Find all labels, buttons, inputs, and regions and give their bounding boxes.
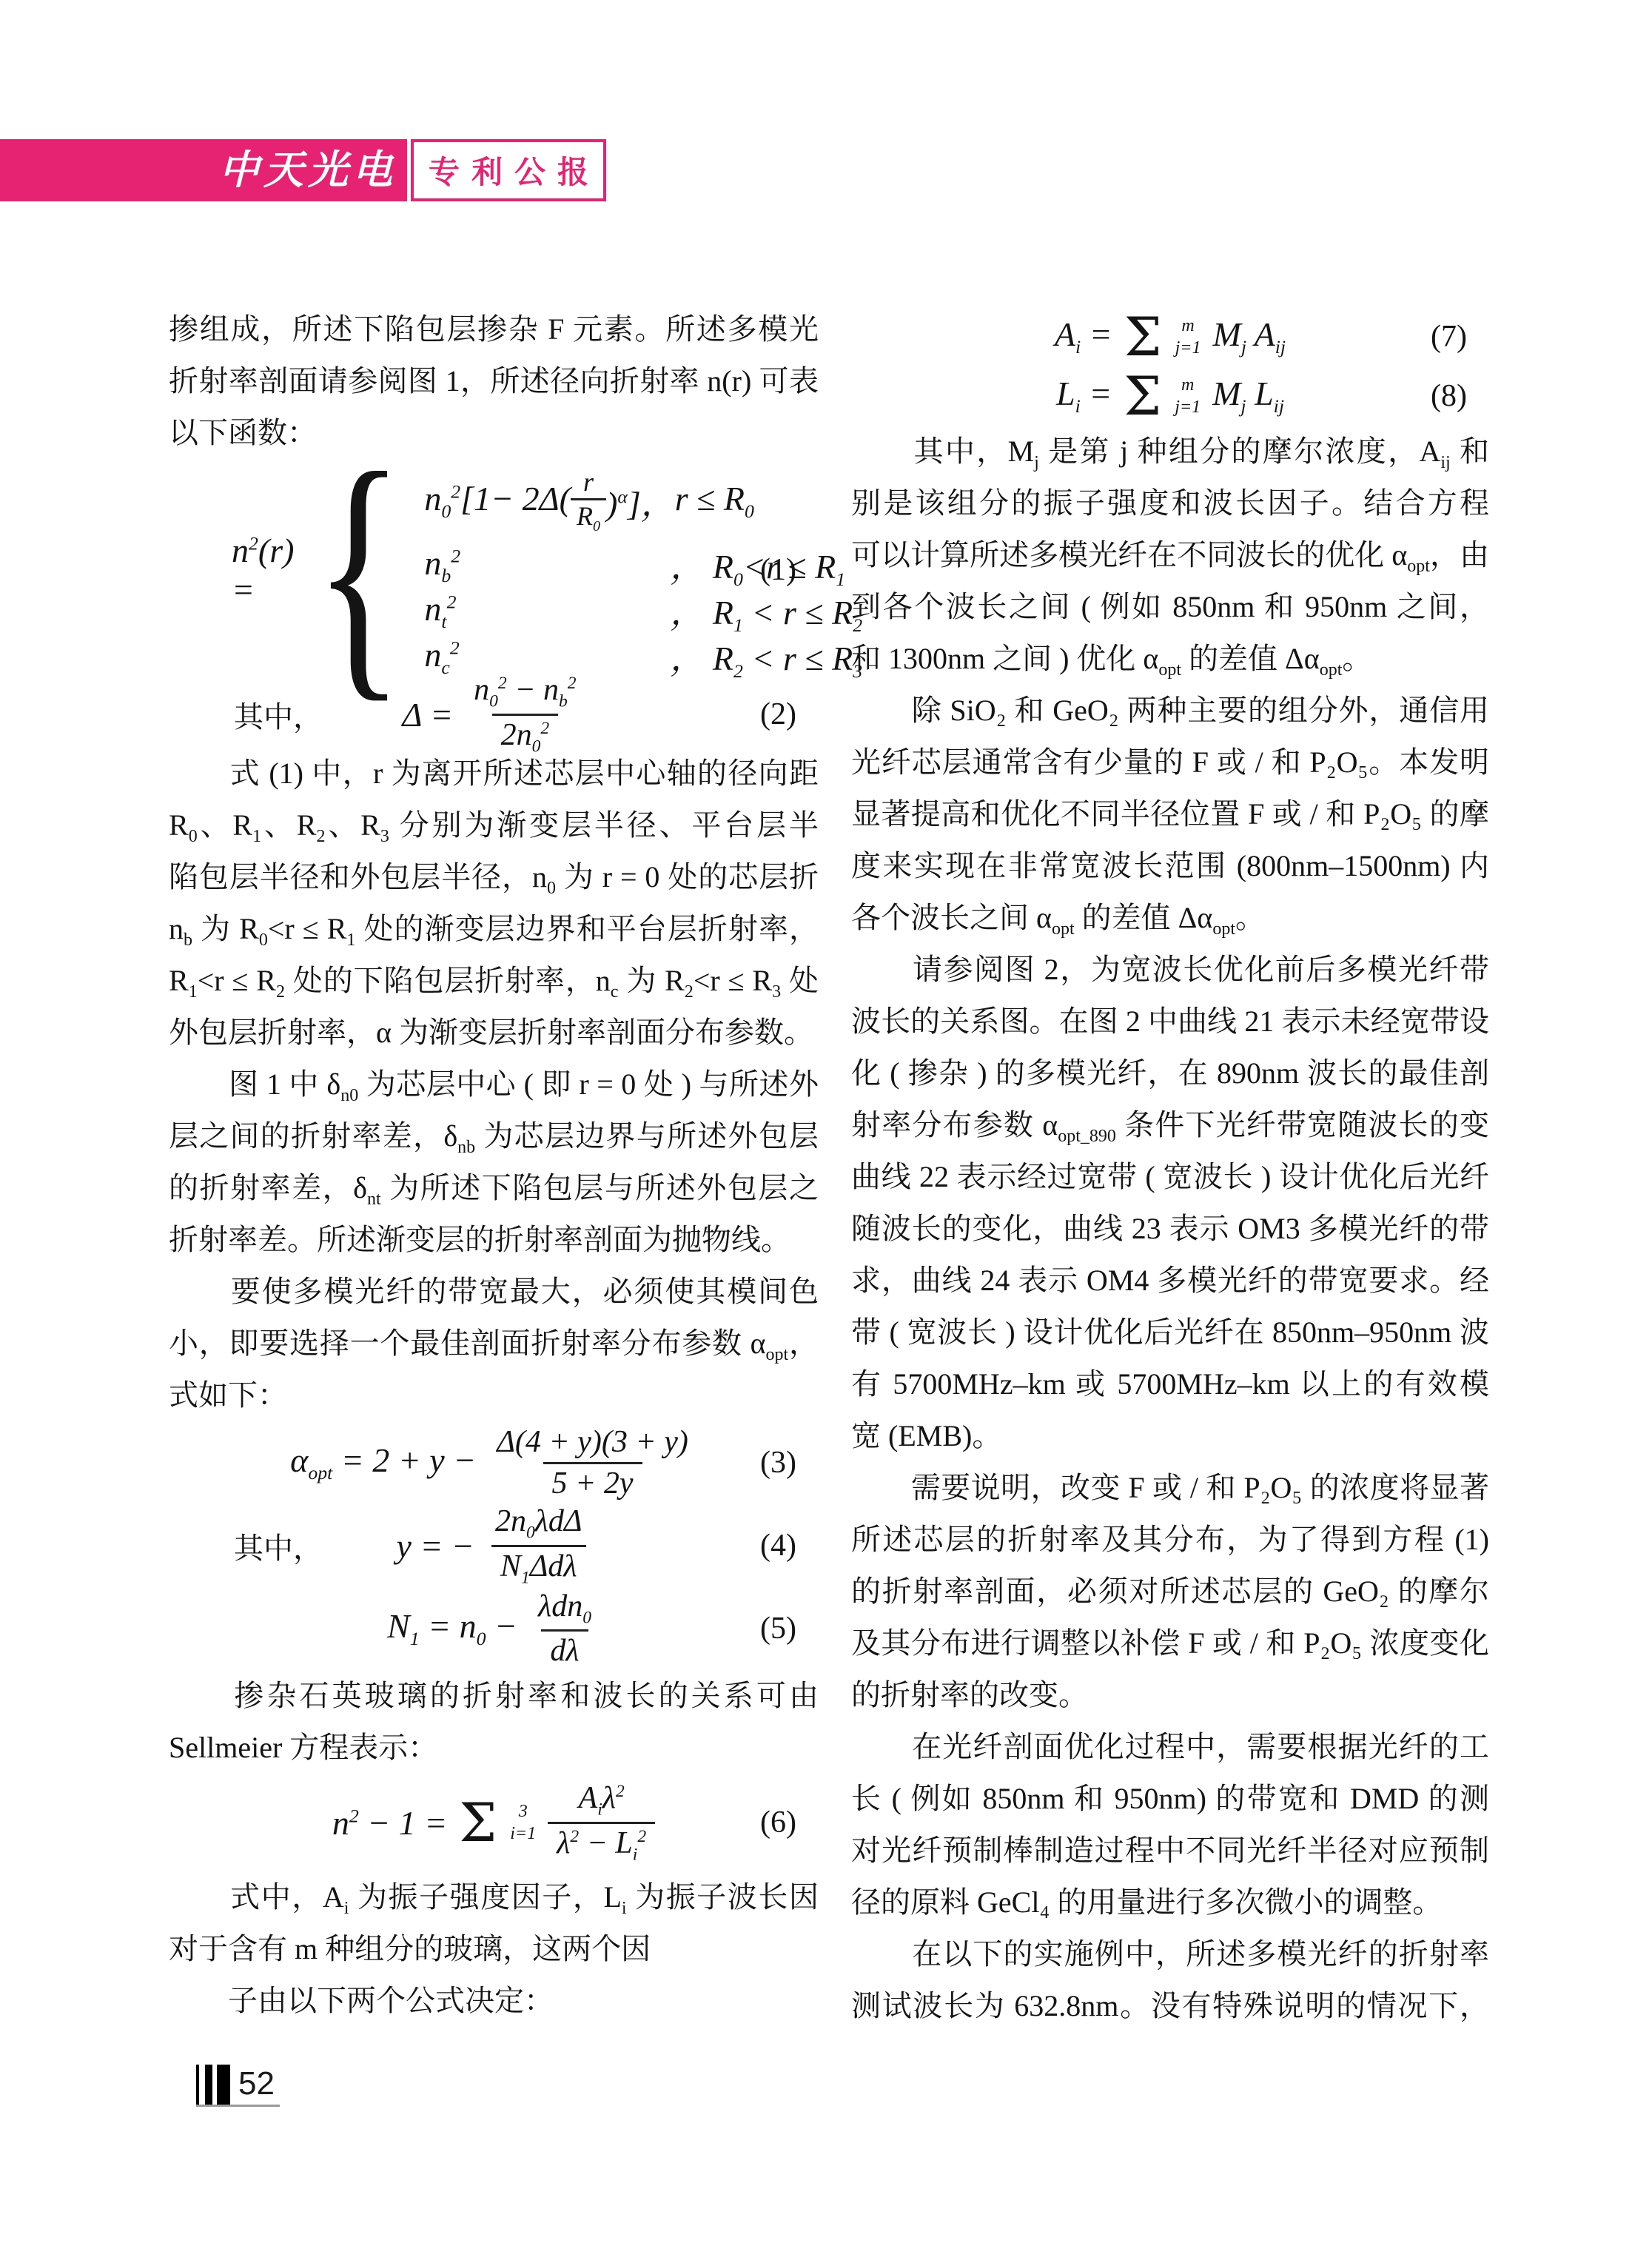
gazette-badge: 专利公报 (411, 139, 606, 201)
sigma-symbol: Σ (1124, 369, 1161, 423)
text-line: 曲线 22 表示经过宽带 ( 宽波长 ) 设计优化后光纤带宽 (851, 1151, 1489, 1203)
text-line: 求，曲线 24 表示 OM4 多模光纤的带宽要求。经过宽 (851, 1255, 1489, 1307)
piecewise-row: n02[1− 2Δ( r R0 )α]， r ≤ R0 (424, 460, 905, 543)
text-line: 到各个波长之间 ( 例如 850nm 和 950nm 之间，850nm (851, 581, 1489, 633)
equation-number: (4) (760, 1528, 796, 1563)
numerator: n02 − nb2 (465, 671, 585, 713)
right-column: Ai = Σ m j=1 Mj Aij (7) Li = Σ m j=1 Mj … (851, 307, 1489, 2032)
formula-part: nb2 (424, 543, 460, 587)
equation-2: 其中， Δ = n02 − nb2 2n02 (2) (169, 681, 819, 748)
text-line: 式如下： (169, 1369, 819, 1421)
text-line: 请参阅图 2，为宽波长优化前后多模光纤带宽与 (851, 944, 1489, 996)
equation-lhs: αopt = 2 + y − (290, 1441, 476, 1484)
numerator: Aiλ2 (570, 1779, 634, 1821)
footer-bars-icon (196, 2065, 230, 2105)
fraction: r R0 (571, 466, 606, 537)
sum-lower-limit: j=1 (1175, 337, 1201, 359)
formula-part: nt2 (424, 589, 456, 633)
formula-part: )α]， (606, 477, 675, 526)
fraction: n02 − nb2 2n02 (465, 671, 585, 758)
text-line: R1<r ≤ R2 处的下陷包层折射率，nc 为 R2<r ≤ R3 处的 (169, 955, 819, 1007)
text-line: 在以下的实施例中，所述多模光纤的折射率剖面 (851, 1928, 1489, 1980)
equation-5: N1 = n0 − λdn0 dλ (5) (169, 1587, 819, 1670)
equation-rhs: Mj Lij (1212, 374, 1284, 418)
sigma-symbol: Σ (459, 1796, 497, 1849)
fraction: Aiλ2 λ2 − Li2 (548, 1779, 655, 1866)
sum-upper-limit: m (1181, 315, 1194, 337)
equation-lhs: Δ = (402, 695, 453, 734)
text-line: 长 ( 例如 850nm 和 950nm) 的带宽和 DMD 的测试值， (851, 1773, 1489, 1825)
equation-number: (6) (760, 1805, 796, 1840)
text-line: Sellmeier 方程表示： (169, 1722, 819, 1774)
equation-number: (1) (760, 552, 796, 588)
text-block: 在以下的实施例中，所述多模光纤的折射率剖面 测试波长为 632.8nm。没有特殊… (851, 1928, 1489, 2032)
text-line: 显著提高和优化不同半径位置 F 或 / 和 P₂O₅ 的摩尔浓 (851, 788, 1489, 840)
text-line: 对于含有 m 种组分的玻璃，这两个因 (169, 1923, 819, 1975)
text-line: 可以计算所述多模光纤在不同波长的优化 αopt，由此得 (851, 529, 1489, 581)
formula-part: nc2 (424, 635, 459, 679)
text-line: 需要说明，改变 F 或 / 和 P₂O₅ 的浓度将显著改变 (851, 1462, 1489, 1514)
text-line: 化 ( 掺杂 ) 的多模光纤，在 890nm 波长的最佳剖面折 (851, 1047, 1489, 1099)
numerator: r (577, 466, 600, 498)
text-line: 对光纤预制棒制造过程中不同光纤半径对应预制棒半 (851, 1825, 1489, 1877)
sum-limits: m j=1 (1175, 374, 1201, 418)
text-line: 陷包层半径和外包层半径，n0 为 r = 0 处的芯层折射率， (169, 851, 819, 903)
denominator: dλ (541, 1629, 588, 1670)
patent-gazette-page: 中天光电 专利公报 掺组成，所述下陷包层掺杂 F 元素。所述多模光纤的 折射率剖… (0, 0, 1652, 2243)
sum-upper-limit: m (1181, 374, 1194, 396)
equation-lhs: Li = (1056, 374, 1112, 418)
text-block: 其中，Mj 是第 j 种组分的摩尔浓度，Aij 和 Lij 分 别是该组分的振子… (851, 426, 1489, 685)
text-line: 式中，Ai 为振子强度因子，Li 为振子波长因子。 (169, 1871, 819, 1923)
equation-label: 其中， (234, 1525, 323, 1567)
equation-lhs: n2 − 1 = (332, 1803, 447, 1843)
text-line: 的折射率差，δnt 为所述下陷包层与所述外包层之间的 (169, 1162, 819, 1214)
equation-number: (2) (760, 697, 796, 732)
footer-bar (217, 2065, 230, 2105)
text-line: 和 1300nm 之间 ) 优化 αopt 的差值 Δαopt。 (851, 633, 1489, 685)
equation-6: n2 − 1 = Σ 3 i=1 Aiλ2 λ2 − Li2 (6) (169, 1774, 819, 1871)
text-block: 要使多模光纤的带宽最大，必须使其模间色散最 小，即要选择一个最佳剖面折射率分布参… (169, 1266, 819, 1421)
text-line: 掺组成，所述下陷包层掺杂 F 元素。所述多模光纤的 (169, 304, 819, 355)
fraction: λdn0 dλ (529, 1587, 600, 1671)
equation-4: 其中， y = − 2n0λdΔ N1Δdλ (4) (169, 1504, 819, 1587)
text-line: R0、R1、R2、R3 分别为渐变层半径、平台层半径、下 (169, 799, 819, 851)
sum-lower-limit: i=1 (510, 1823, 536, 1845)
text-line: 射率分布参数 αopt_890 条件下光纤带宽随波长的变化， (851, 1099, 1489, 1151)
equation-number: (8) (1431, 378, 1467, 414)
equation-number: (7) (1431, 319, 1467, 355)
equation-1: n2(r) = { n02[1− 2Δ( r R0 )α]， r ≤ R0 nb… (169, 459, 819, 681)
text-block: 式 (1) 中，r 为离开所述芯层中心轴的径向距离， R0、R1、R2、R3 分… (169, 748, 819, 1059)
text-line: 小，即要选择一个最佳剖面折射率分布参数 αopt，表达 (169, 1318, 819, 1369)
text-line: 层之间的折射率差，δnb 为芯层边界与所述外包层之间 (169, 1110, 819, 1162)
equation-lhs: n2(r) = (232, 531, 294, 609)
formula-part: n02[1− 2Δ( (424, 479, 571, 523)
text-block: 掺杂石英玻璃的折射率和波长的关系可由 Sellmeier 方程表示： (169, 1670, 819, 1774)
text-line: 波长的关系图。在图 2 中曲线 21 表示未经宽带设计优 (851, 996, 1489, 1047)
equation-number: (5) (760, 1611, 796, 1646)
footer-bar (196, 2065, 199, 2105)
text-line: 测试波长为 632.8nm。没有特殊说明的情况下，玻璃光 (851, 1980, 1489, 2032)
text-block: 需要说明，改变 F 或 / 和 P₂O₅ 的浓度将显著改变 所述芯层的折射率及其… (851, 1462, 1489, 1721)
sum-lower-limit: j=1 (1175, 396, 1201, 418)
text-line: 带 ( 宽波长 ) 设计优化后光纤在 850nm–950nm 波长具 (851, 1307, 1489, 1358)
text-line: 宽 (EMB)。 (851, 1410, 1489, 1462)
text-line: 要使多模光纤的带宽最大，必须使其模间色散最 (169, 1266, 819, 1318)
text-line: 外包层折射率，α 为渐变层折射率剖面分布参数。 (169, 1007, 819, 1059)
equation-7: Ai = Σ m j=1 Mj Aij (7) (851, 307, 1489, 366)
numerator: λdn0 (529, 1587, 600, 1629)
text-line: 图 1 中 δn0 为芯层中心 ( 即 r = 0 处 ) 与所述外包 (169, 1059, 819, 1110)
fraction: 2n0λdΔ N1Δdλ (486, 1502, 591, 1589)
fraction: Δ(4 + y)(3 + y) 5 + 2y (488, 1423, 697, 1503)
text-block: 请参阅图 2，为宽波长优化前后多模光纤带宽与 波长的关系图。在图 2 中曲线 2… (851, 944, 1489, 1462)
text-line: 随波长的变化，曲线 23 表示 OM3 多模光纤的带宽要 (851, 1203, 1489, 1255)
text-block: 除 SiO₂ 和 GeO₂ 两种主要的组分外，通信用多模 光纤芯层通常含有少量的… (851, 685, 1489, 944)
text-line: 所述芯层的折射率及其分布，为了得到方程 (1) 所需 (851, 1514, 1489, 1566)
denominator: 2n02 (492, 714, 559, 758)
equation-lhs: N1 = n0 − (387, 1606, 517, 1650)
text-line: 光纤芯层通常含有少量的 F 或 / 和 P₂O₅。本发明通过 (851, 737, 1489, 788)
equation-label: 其中， (234, 694, 323, 736)
equation-8: Li = Σ m j=1 Mj Lij (8) (851, 366, 1489, 426)
text-line: 在光纤剖面优化过程中，需要根据光纤的工作波 (851, 1721, 1489, 1773)
equation-lhs: y = − (396, 1526, 474, 1566)
text-line: 掺杂石英玻璃的折射率和波长的关系可由 (169, 1670, 819, 1722)
sum-limits: m j=1 (1175, 315, 1201, 359)
equation-number: (3) (760, 1445, 796, 1481)
sum-limits: 3 i=1 (510, 1800, 536, 1845)
left-column: 掺组成，所述下陷包层掺杂 F 元素。所述多模光纤的 折射率剖面请参阅图 1，所述… (169, 304, 819, 2027)
brace-symbol: { (314, 450, 404, 691)
denominator: R0 (571, 498, 606, 536)
page-number: 52 (238, 2065, 275, 2105)
text-block: 式中，Ai 为振子强度因子，Li 为振子波长因子。 对于含有 m 种组分的玻璃，… (169, 1871, 819, 2027)
numerator: Δ(4 + y)(3 + y) (488, 1423, 697, 1461)
footer-bar (205, 2065, 212, 2105)
text-line: nb 为 R0<r ≤ R1 处的渐变层边界和平台层折射率，nt 为 (169, 903, 819, 955)
sigma-symbol: Σ (1124, 310, 1162, 363)
text-line: 折射率剖面请参阅图 1，所述径向折射率 n(r) 可表示为 (169, 355, 819, 407)
text-line: 有 5700MHz–km 或 5700MHz–km 以上的有效模式带 (851, 1358, 1489, 1410)
denominator: 5 + 2y (543, 1462, 642, 1503)
denominator: N1Δdλ (491, 1545, 586, 1589)
text-line: 的折射率的改变。 (851, 1669, 1489, 1721)
text-line: 度来实现在非常宽波长范围 (800nm–1500nm) 内减小 (851, 840, 1489, 892)
text-line: 各个波长之间 αopt 的差值 Δαopt。 (851, 892, 1489, 944)
company-logo: 中天光电 (219, 139, 397, 201)
denominator: λ2 − Li2 (548, 1822, 655, 1866)
text-line: 别是该组分的振子强度和波长因子。结合方程 (3)–(8) (851, 477, 1489, 529)
footer-divider (196, 2105, 280, 2107)
equation-lhs: Ai = (1055, 315, 1112, 358)
piecewise-row: nt2 ， R1 < r ≤ R2 (424, 589, 905, 634)
text-line: 子由以下两个公式决定： (169, 1975, 819, 2027)
text-line: 径的原料 GeCl₄ 的用量进行多次微小的调整。 (851, 1877, 1489, 1928)
text-line: 及其分布进行调整以补偿 F 或 / 和 P₂O₅ 浓度变化导致 (851, 1617, 1489, 1669)
text-line: 以下函数： (169, 407, 819, 459)
text-line: 其中，Mj 是第 j 种组分的摩尔浓度，Aij 和 Lij 分 (851, 426, 1489, 477)
text-line: 的折射率剖面，必须对所述芯层的 GeO₂ 的摩尔浓度 (851, 1566, 1489, 1617)
text-line: 折射率差。所述渐变层的折射率剖面为抛物线。 (169, 1214, 819, 1266)
text-block: 掺组成，所述下陷包层掺杂 F 元素。所述多模光纤的 折射率剖面请参阅图 1，所述… (169, 304, 819, 459)
piecewise-rows: n02[1− 2Δ( r R0 )α]， r ≤ R0 nb2 ， R0<r ≤… (424, 460, 905, 680)
equation-rhs: Mj Aij (1213, 315, 1286, 358)
piecewise-row: nb2 ， R0<r ≤ R1 (424, 543, 905, 589)
numerator: 2n0λdΔ (486, 1502, 591, 1544)
sum-upper-limit: 3 (519, 1800, 528, 1823)
text-block: 图 1 中 δn0 为芯层中心 ( 即 r = 0 处 ) 与所述外包 层之间的… (169, 1059, 819, 1266)
text-line: 除 SiO₂ 和 GeO₂ 两种主要的组分外，通信用多模 (851, 685, 1489, 737)
text-block: 在光纤剖面优化过程中，需要根据光纤的工作波 长 ( 例如 850nm 和 950… (851, 1721, 1489, 1928)
equation-3: αopt = 2 + y − Δ(4 + y)(3 + y) 5 + 2y (3… (169, 1421, 819, 1504)
